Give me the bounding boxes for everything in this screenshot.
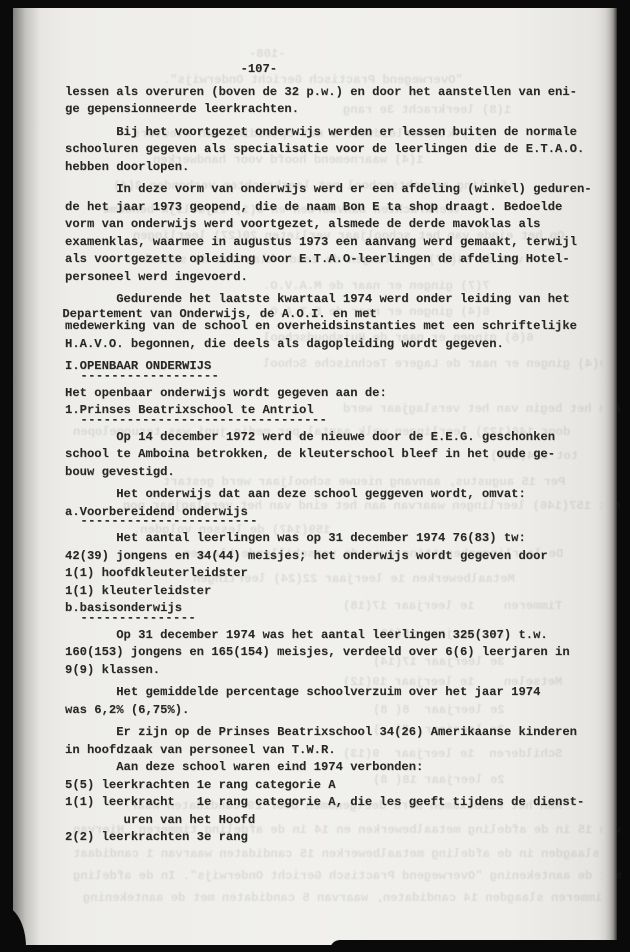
text-line: was 6,2% (6,75%). — [65, 702, 589, 720]
heading-underline: ------------------ — [65, 372, 589, 380]
scan-edge-top-right — [410, 0, 630, 4]
text-line: in hoofdzaak van personeel van T.W.R. — [65, 742, 589, 760]
text-line: 5(5) leerkrachten 1e rang categorie A — [65, 777, 589, 795]
text-line: ge gepensionneerde leerkrachten. — [65, 101, 589, 119]
page-number: -107- — [65, 61, 589, 79]
text-line: personeel werd ingevoerd. — [65, 269, 589, 287]
text-line: 1(1) kleuterleidster — [65, 583, 589, 601]
text-line: uren van het Hoofd — [65, 812, 589, 830]
bleed-through-text: slaagden in de afdeling metaalbewerken 1… — [73, 847, 600, 861]
heading-underline: ----------------------- — [65, 517, 589, 525]
text-line: 42(39) jongens en 34(44) meisjes; het on… — [65, 548, 589, 566]
bleed-through-text: timmeren slaagden 14 candidaten, waarvan… — [83, 891, 610, 905]
text-line: schooluren gegeven als specialisatie voo… — [65, 141, 589, 159]
scan-edge-bottom-right — [330, 940, 630, 952]
text-line: medewerking van de school en overheidsin… — [65, 318, 589, 336]
text-line: hebben doorlopen. — [65, 159, 589, 177]
corner-mark: ’ — [605, 29, 611, 40]
bleed-through-text: met de aantekening "Overwegend Practisch… — [73, 869, 622, 883]
text-line: Er zijn op de Prinses Beatrixschool 34(2… — [65, 724, 589, 742]
heading-underline: --------------- — [65, 614, 589, 622]
text-line: Het openbaar onderwijs wordt gegeven aan… — [65, 385, 589, 403]
document-text-layer: -107-lessen als overuren (boven de 32 p.… — [65, 61, 589, 847]
text-line: Het gemiddelde percentage schoolverzuim … — [65, 684, 589, 702]
text-line: In deze vorm van onderwijs werd er een a… — [65, 181, 589, 199]
heading-underline: -------------------------------- — [65, 416, 589, 424]
text-line: 1(1) hoofdkleuterleidster — [65, 565, 589, 583]
scanned-page: -108-"Overwegend Practisch Gericht Onder… — [0, 0, 630, 952]
document-sheet: -108-"Overwegend Practisch Gericht Onder… — [13, 7, 617, 945]
text-line: Het onderwijs dat aan deze school geggev… — [65, 486, 589, 504]
text-line: Aan deze school waren eind 1974 verbonde… — [65, 759, 589, 777]
text-line: 160(153) jongens en 165(154) meisjes, ve… — [65, 644, 589, 662]
bleed-through-text: -108- — [249, 47, 286, 61]
text-line: bouw gevestigd. — [65, 464, 589, 482]
text-line: 9(9) klassen. — [65, 662, 589, 680]
text-line: Het aantal leerlingen was op 31 december… — [65, 530, 589, 548]
text-line: Bij het voortgezet onderwijs werden er l… — [65, 124, 589, 142]
text-line: de het jaar 1973 geopend, die de naam Bo… — [65, 199, 589, 217]
text-line: examenklas, waarmee in augustus 1973 een… — [65, 234, 589, 252]
text-line: Op 31 december 1974 was het aantal leerl… — [65, 627, 589, 645]
text-line: school te Amboina betrokken, de kleuters… — [65, 446, 589, 464]
text-line: als voortgezette opleiding voor E.T.A.O-… — [65, 251, 589, 269]
text-line: H.A.V.O. begonnen, die deels als dagople… — [65, 336, 589, 354]
text-line: 1(1) leerkracht 1e rang categorie A, die… — [65, 794, 589, 812]
text-line: Op 14 december 1972 werd de nieuwe door … — [65, 429, 589, 447]
text-line: vorm van onderwijs werd voortgezet, alsm… — [65, 216, 589, 234]
text-line: 2(2) leerkrachten 3e rang — [65, 829, 589, 847]
text-line: lessen als overuren (boven de 32 p.w.) e… — [65, 84, 589, 102]
